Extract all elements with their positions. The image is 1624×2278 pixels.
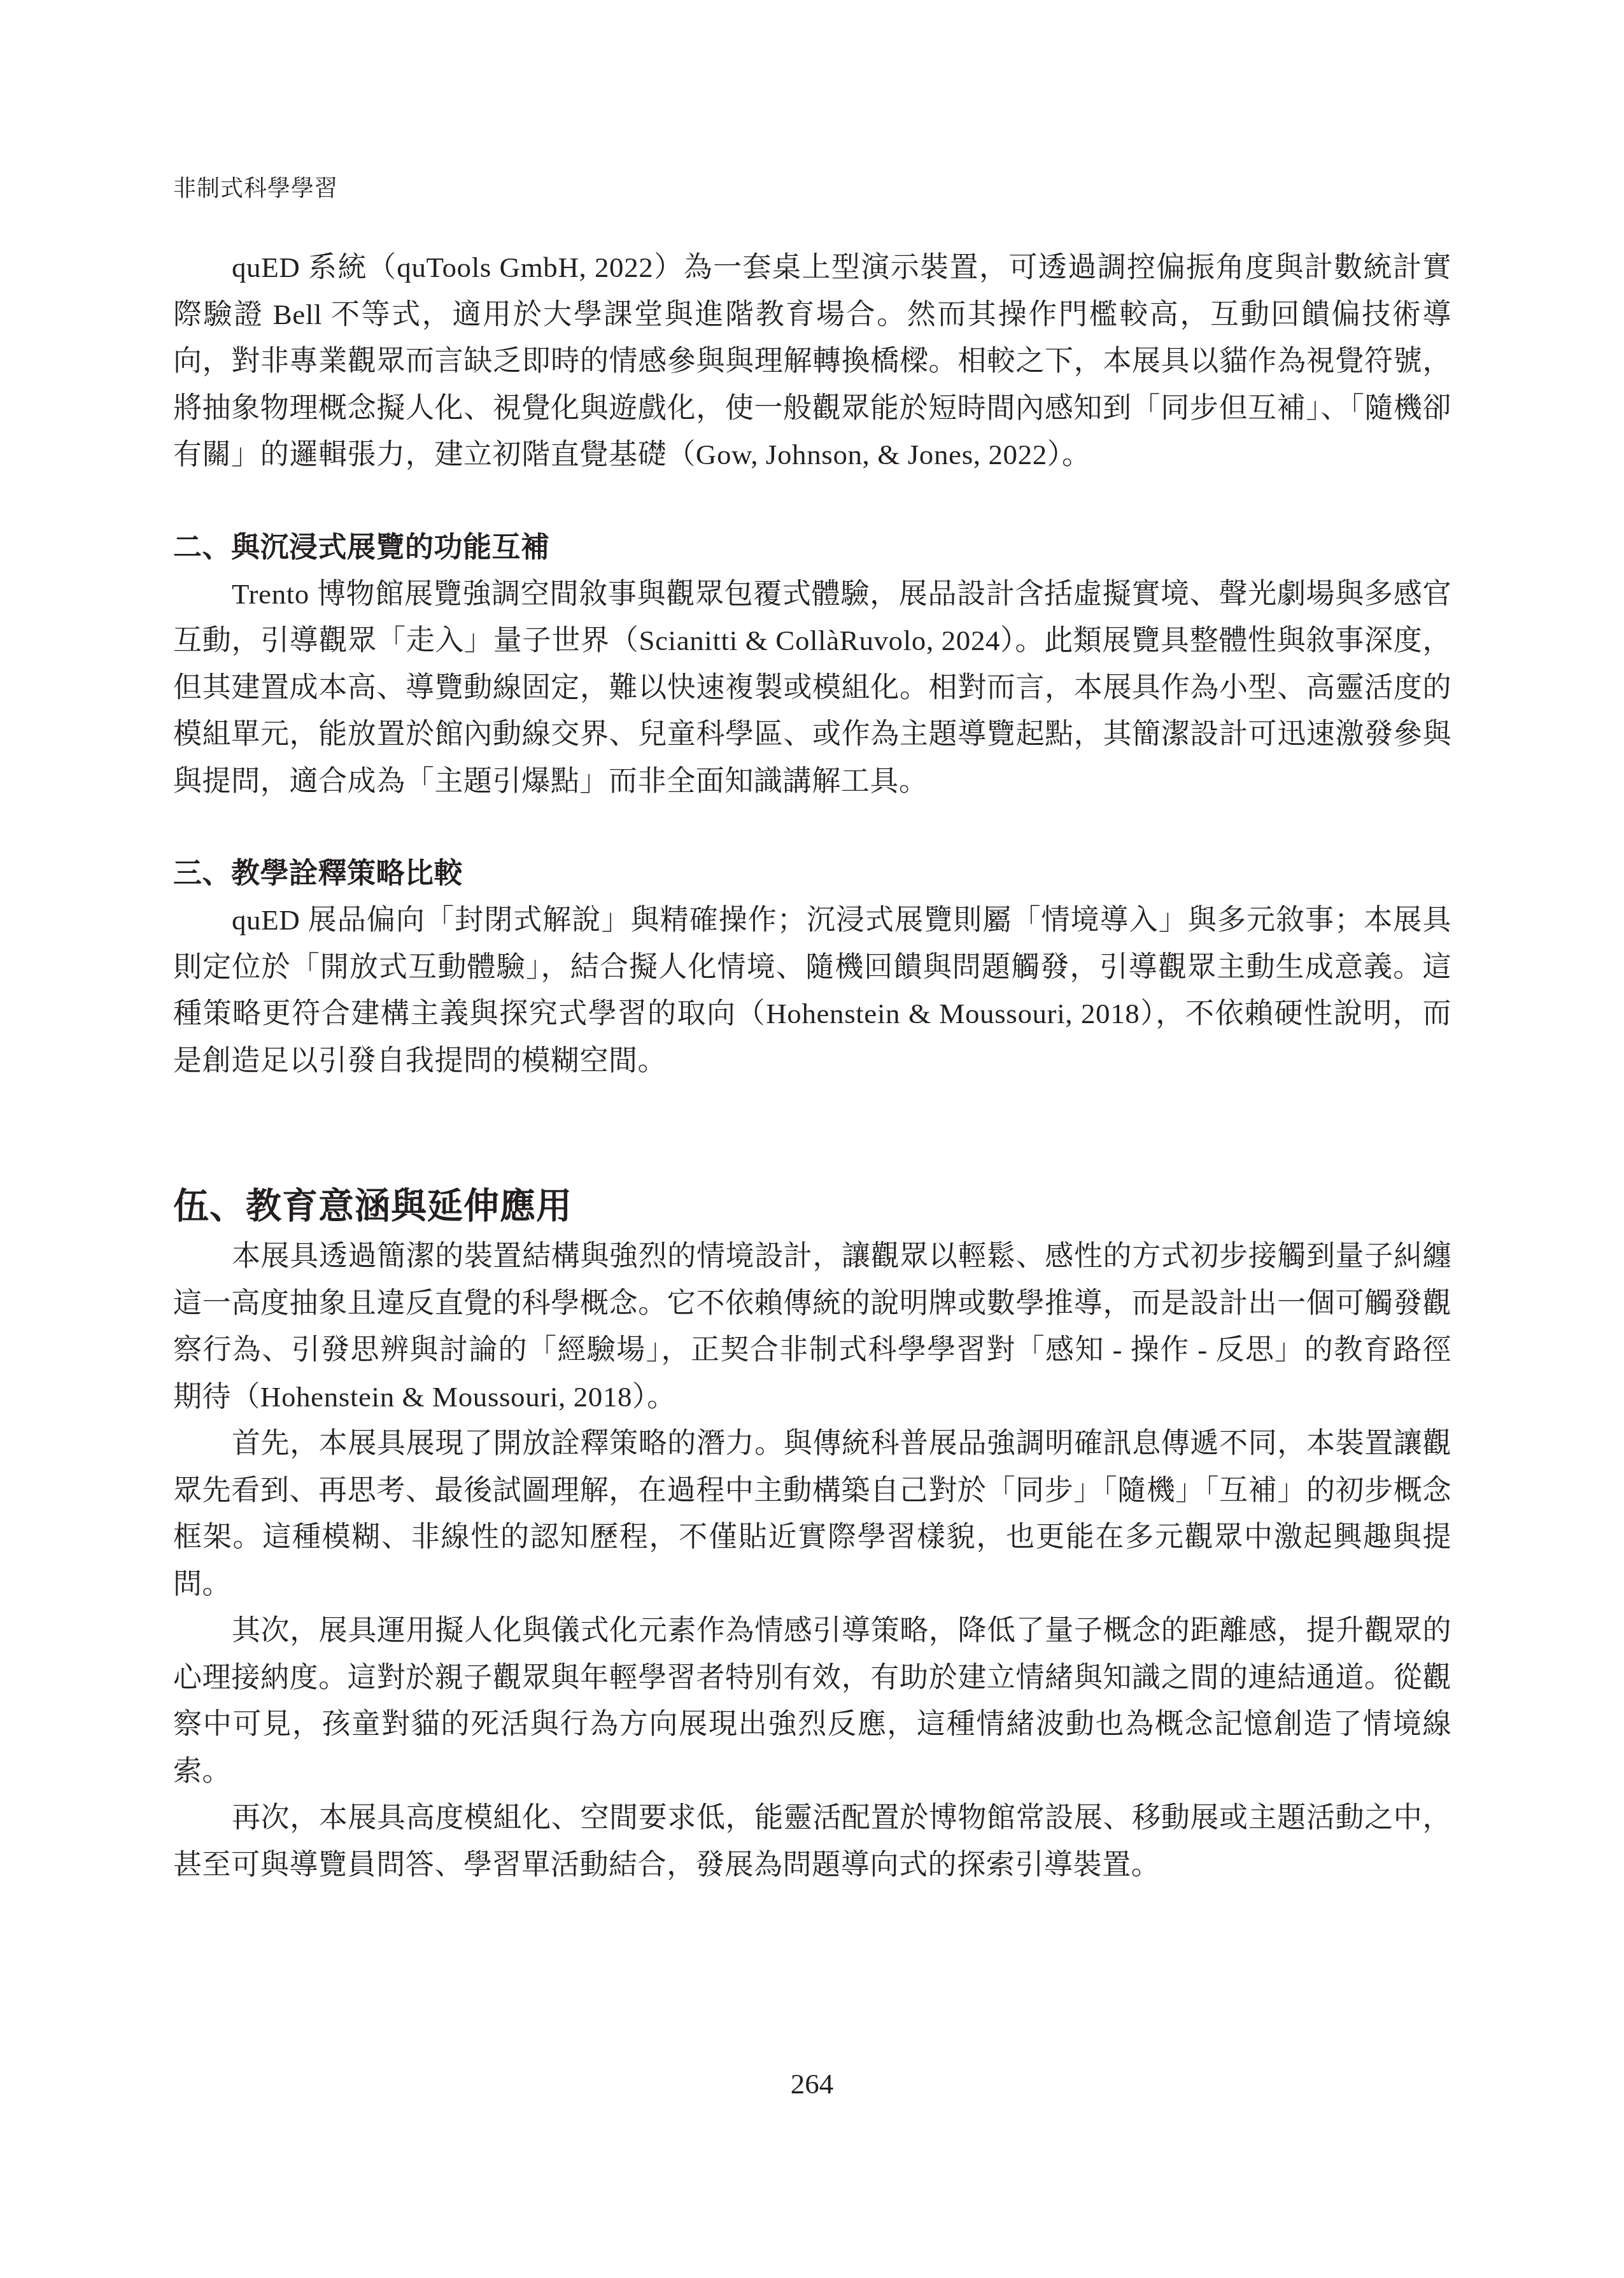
running-header: 非制式科學學習: [173, 173, 338, 204]
subheading-immersive-complement: 二、與沉浸式展覽的功能互補: [173, 525, 1451, 571]
page-number: 264: [0, 2066, 1624, 2102]
section-heading-educational-implications: 伍、教育意涵與延伸應用: [173, 1180, 1451, 1233]
paragraph-intro: 本展具透過簡潔的裝置結構與強烈的情境設計，讓觀眾以輕鬆、感性的方式初步接觸到量子…: [173, 1233, 1451, 1420]
paragraph-second: 其次，展具運用擬人化與儀式化元素作為情感引導策略，降低了量子概念的距離感，提升觀…: [173, 1608, 1451, 1795]
page-content: quED 系統（quTools GmbH, 2022）為一套桌上型演示裝置，可透…: [173, 244, 1451, 1888]
paragraph-strategy-comparison: quED 展品偏向「封閉式解說」與精確操作；沉浸式展覽則屬「情境導入」與多元敘事…: [173, 897, 1451, 1084]
subheading-teaching-strategy: 三、教學詮釋策略比較: [173, 851, 1451, 897]
document-page: 非制式科學學習 quED 系統（quTools GmbH, 2022）為一套桌上…: [0, 0, 1624, 2278]
paragraph-trento-museum: Trento 博物館展覽強調空間敘事與觀眾包覆式體驗，展品設計含括虛擬實境、聲光…: [173, 571, 1451, 805]
paragraph-qued-comparison: quED 系統（quTools GmbH, 2022）為一套桌上型演示裝置，可透…: [173, 244, 1451, 479]
paragraph-first: 首先，本展具展現了開放詮釋策略的潛力。與傳統科普展品強調明確訊息傳遞不同，本裝置…: [173, 1420, 1451, 1608]
paragraph-third: 再次，本展具高度模組化、空間要求低，能靈活配置於博物館常設展、移動展或主題活動之…: [173, 1795, 1451, 1888]
